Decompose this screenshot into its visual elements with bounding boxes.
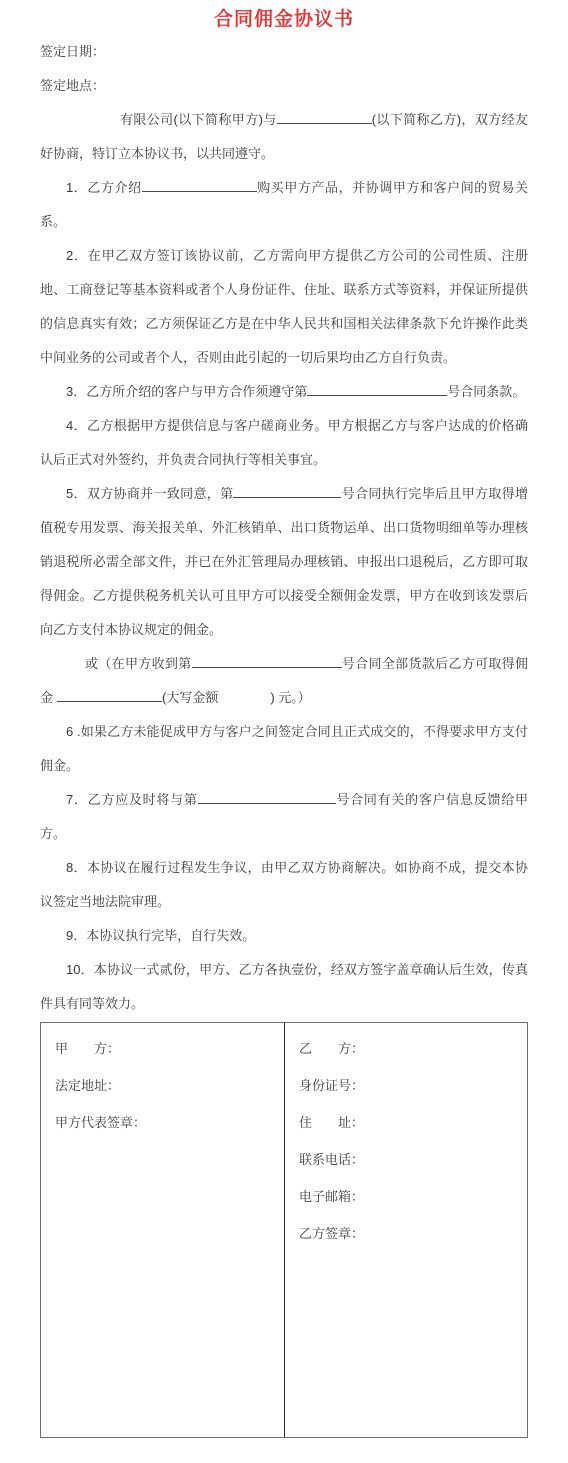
clause-10: 10．本协议一式贰份，甲方、乙方各执壹份，经双方签字盖章确认后生效，传真件具有同…: [40, 953, 528, 1021]
clause-8: 8．本协议在履行过程发生争议，由甲乙双方协商解决。如协商不成，提交本协议签定当地…: [40, 851, 528, 919]
party-a-signature-label: 甲方代表签章：: [55, 1104, 270, 1141]
party-b-signature-label: 乙方签章：: [299, 1215, 513, 1252]
clause-5-alt-contract-blank-line: [192, 652, 342, 668]
clause-5-blank-line: [233, 482, 341, 498]
clause-1: 1．乙方介绍购买甲方产品，并协调甲方和客户间的贸易关系。: [40, 171, 528, 239]
clause-2: 2．在甲乙双方签订该协议前，乙方需向甲方提供乙方公司的公司性质、注册地、工商登记…: [40, 239, 528, 375]
clause-5: 5．双方协商并一致同意，第号合同执行完毕后且甲方取得增值税专用发票、海关报关单、…: [40, 477, 528, 647]
sign-place-label: 签定地点：: [40, 69, 528, 103]
party-b-name-label: 乙 方：: [299, 1030, 513, 1067]
sign-date-label: 签定日期：: [40, 35, 528, 69]
intro-paragraph: 有限公司(以下简称甲方)与(以下简称乙方)，双方经友好协商，特订立本协议书，以共…: [40, 103, 528, 171]
party-b-email-label: 电子邮箱：: [299, 1178, 513, 1215]
clause-1-blank-line: [142, 176, 257, 192]
party-a-address-label: 法定地址：: [55, 1067, 270, 1104]
clause-7: 7．乙方应及时将与第号合同有关的客户信息反馈给甲方。: [40, 783, 528, 851]
clause-5-alt-pre: 或（在甲方收到第: [85, 656, 192, 671]
clause-3-post: 号合同条款。: [447, 384, 525, 399]
clause-5-alt: 或（在甲方收到第号合同全部货款后乙方可取得佣金(大写金额 ) 元。）: [40, 647, 528, 715]
clause-5-alt-post: (大写金额 ) 元。）: [162, 690, 311, 705]
party-b-id-label: 身份证号：: [299, 1067, 513, 1104]
contract-document: 合同佣金协议书 签定日期： 签定地点： 有限公司(以下简称甲方)与(以下简称乙方…: [0, 0, 568, 1463]
clause-4: 4．乙方根据甲方提供信息与客户磋商业务。甲方根据乙方与客户达成的价格确认后正式对…: [40, 409, 528, 477]
party-b-address-label: 住 址：: [299, 1104, 513, 1141]
clause-7-blank-line: [198, 788, 336, 804]
party-a-cell: 甲 方： 法定地址： 甲方代表签章：: [41, 1023, 284, 1437]
clause-5-pre: 5．双方协商并一致同意，第: [66, 486, 233, 501]
clause-5-post: 号合同执行完毕后且甲方取得增值税专用发票、海关报关单、外汇核销单、出口货物运单、…: [40, 486, 528, 637]
signature-table: 甲 方： 法定地址： 甲方代表签章： 乙 方： 身份证号： 住 址： 联系电话：…: [40, 1022, 528, 1438]
clause-3: 3．乙方所介绍的客户与甲方合作须遵守第号合同条款。: [40, 375, 528, 409]
clause-1-pre: 1．乙方介绍: [66, 180, 142, 195]
clause-3-pre: 3．乙方所介绍的客户与甲方合作须遵守第: [66, 384, 307, 399]
clause-7-pre: 7．乙方应及时将与第: [66, 792, 198, 807]
party-a-name-label: 甲 方：: [55, 1030, 270, 1067]
clause-9: 9．本协议执行完毕，自行失效。: [40, 919, 528, 953]
party-b-phone-label: 联系电话：: [299, 1141, 513, 1178]
page-title: 合同佣金协议书: [40, 0, 528, 32]
clause-3-blank-line: [307, 380, 447, 396]
clause-6: 6 .如果乙方未能促成甲方与客户之间签定合同且正式成交的，不得要求甲方支付佣金。: [40, 715, 528, 783]
intro-text-pre: 有限公司(以下简称甲方)与: [120, 112, 277, 127]
party-b-cell: 乙 方： 身份证号： 住 址： 联系电话： 电子邮箱： 乙方签章：: [284, 1023, 527, 1437]
clause-5-alt-amount-blank-line: [57, 686, 162, 702]
party-b-name-blank-line: [277, 108, 372, 124]
